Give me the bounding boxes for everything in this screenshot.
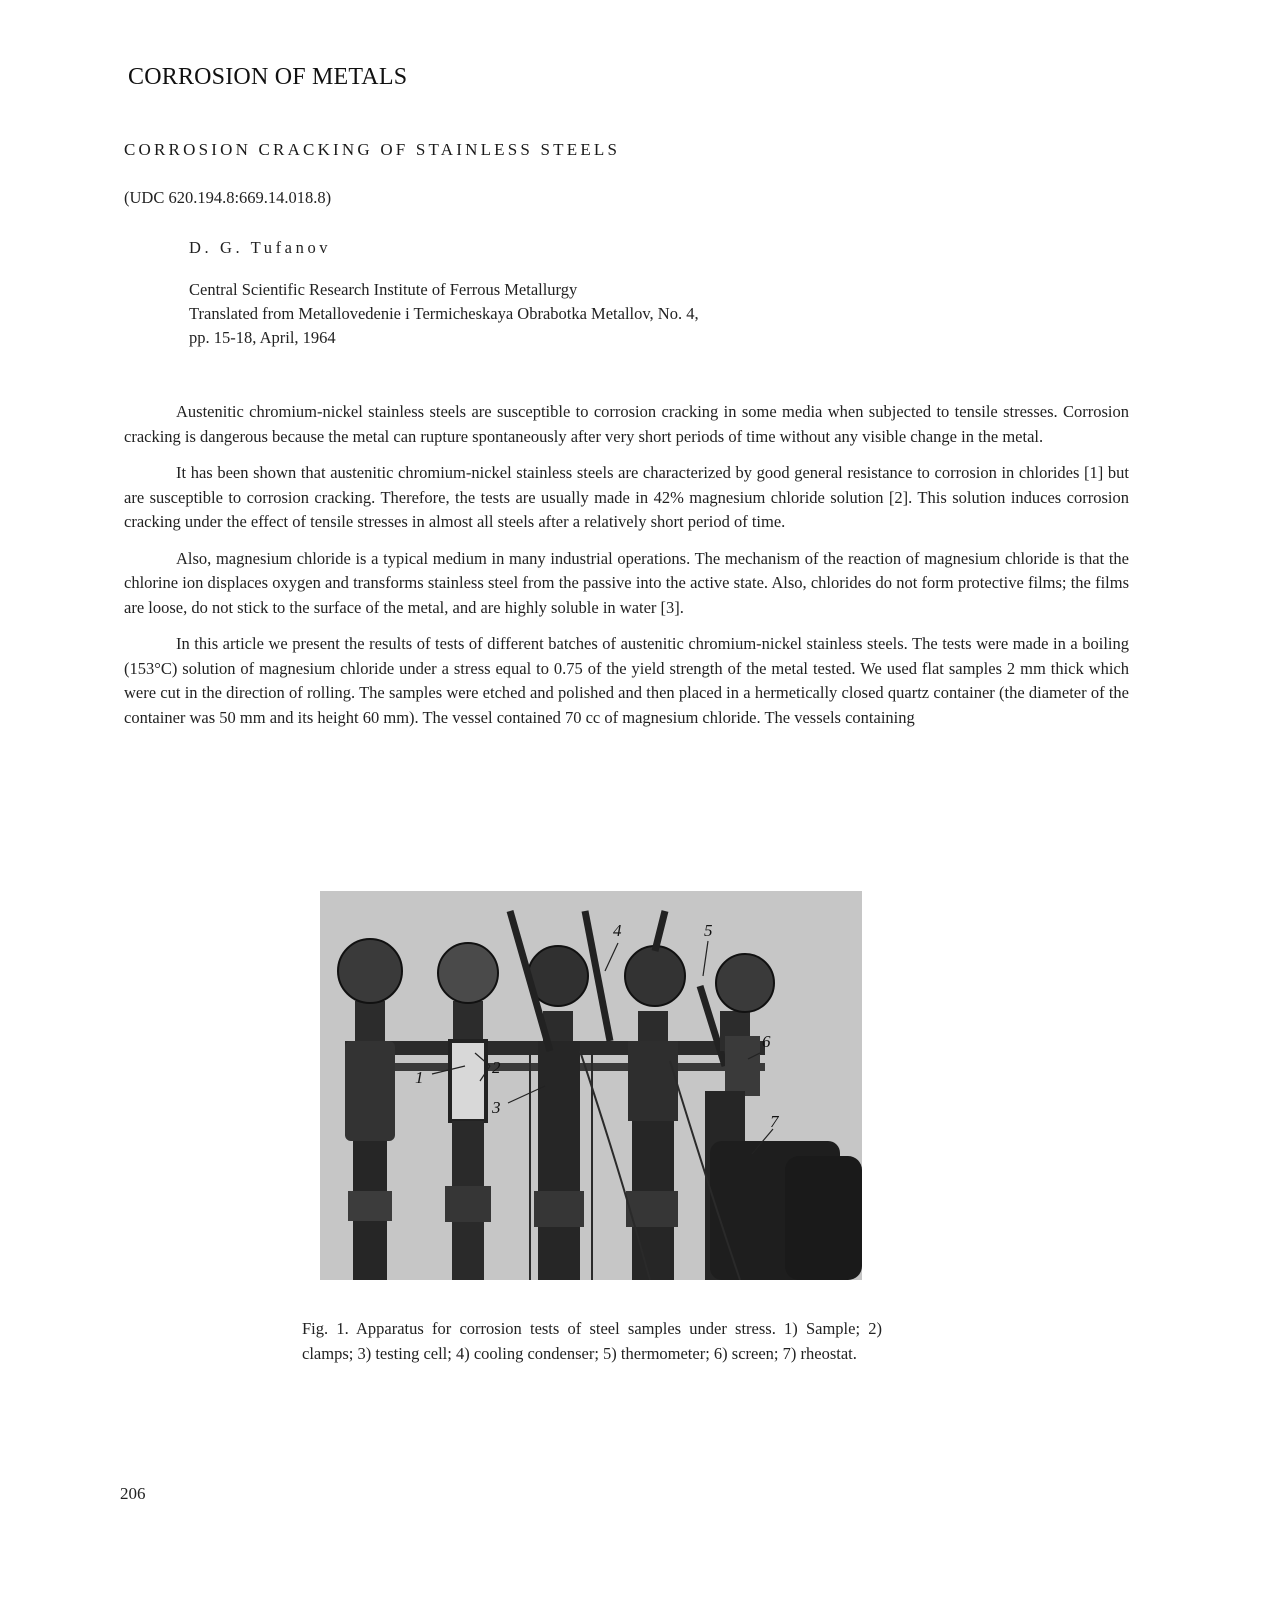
paragraph: Also, magnesium chloride is a typical me… (124, 547, 1129, 621)
udc-code: (UDC 620.194.8:669.14.018.8) (124, 188, 331, 208)
callout-4: 4 (613, 921, 622, 940)
affiliation-line: Central Scientific Research Institute of… (189, 278, 699, 302)
callout-3: 3 (491, 1098, 501, 1117)
affiliation-line: Translated from Metallovedenie i Termich… (189, 302, 699, 326)
paragraph: It has been shown that austenitic chromi… (124, 461, 1129, 535)
figure-caption: Fig. 1. Apparatus for corrosion tests of… (302, 1316, 882, 1366)
author: D. G. Tufanov (189, 238, 331, 258)
article-body: Austenitic chromium-nickel stainless ste… (124, 400, 1129, 742)
callout-2: 2 (492, 1058, 501, 1077)
article-title: CORROSION CRACKING OF STAINLESS STEELS (124, 140, 620, 160)
paragraph: In this article we present the results o… (124, 632, 1129, 730)
page-number: 206 (120, 1484, 146, 1504)
callout-6: 6 (762, 1032, 771, 1051)
apparatus-illustration: 1 2 3 4 5 6 7 (320, 891, 862, 1280)
affiliation: Central Scientific Research Institute of… (189, 278, 699, 350)
callout-5: 5 (704, 921, 713, 940)
callout-1: 1 (415, 1068, 424, 1087)
paragraph: Austenitic chromium-nickel stainless ste… (124, 400, 1129, 449)
figure-apparatus-photo: 1 2 3 4 5 6 7 (320, 891, 862, 1280)
section-title: CORROSION OF METALS (128, 64, 407, 91)
affiliation-line: pp. 15-18, April, 1964 (189, 326, 699, 350)
